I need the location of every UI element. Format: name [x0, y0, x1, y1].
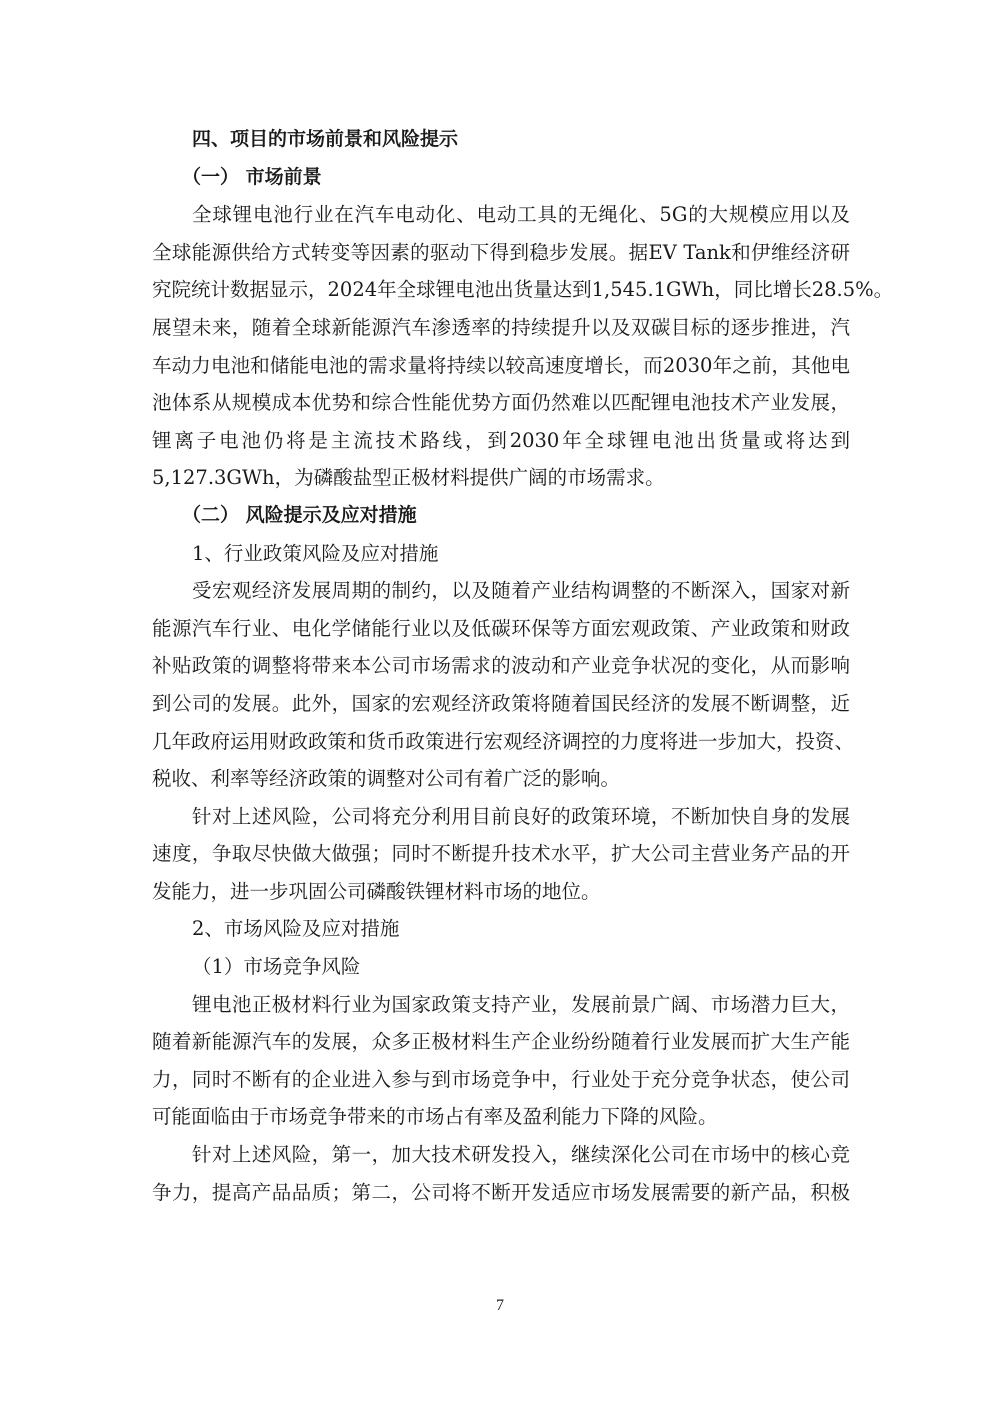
document-page: 四、项目的市场前景和风险提示 （一） 市场前景 全球锂电池行业在汽车电动化、电动… — [152, 121, 850, 1211]
text-line: 究院统计数据显示，2024年全球锂电池出货量达到1,545.1GWh，同比增长2… — [152, 271, 850, 309]
text-line: 展望未来，随着全球新能源汽车渗透率的持续提升以及双碳目标的逐步推进，汽 — [152, 309, 850, 347]
text-line: 可能面临由于市场竞争带来的市场占有率及盈利能力下降的风险。 — [152, 1098, 850, 1136]
paragraph-policy-risk: 受宏观经济发展周期的制约，以及随着产业结构调整的不断深入，国家对新 能源汽车行业… — [152, 572, 850, 798]
text-line: 能源汽车行业、电化学储能行业以及低碳环保等方面宏观政策、产业政策和财政 — [152, 610, 850, 648]
text-line: 针对上述风险，第一，加大技术研发投入，继续深化公司在市场中的核心竞 — [152, 1136, 850, 1174]
text-line: 锂电池正极材料行业为国家政策支持产业，发展前景广阔、市场潜力巨大， — [152, 986, 850, 1024]
text-line: 力，同时不断有的企业进入参与到市场竞争中，行业处于充分竞争状态，使公司 — [152, 1061, 850, 1099]
text-line: 针对上述风险，公司将充分利用目前良好的政策环境，不断加快自身的发展 — [152, 798, 850, 836]
subitem-heading-competition-risk: （1）市场竞争风险 — [152, 948, 850, 986]
text-line: 到公司的发展。此外，国家的宏观经济政策将随着国民经济的发展不断调整，近 — [152, 685, 850, 723]
text-line: 池体系从规模成本优势和综合性能优势方面仍然难以匹配锂电池技术产业发展， — [152, 384, 850, 422]
subsection-heading-market-outlook: （一） 市场前景 — [152, 159, 850, 197]
section-heading: 四、项目的市场前景和风险提示 — [152, 121, 850, 159]
text-line: 补贴政策的调整将带来本公司市场需求的波动和产业竞争状况的变化，从而影响 — [152, 647, 850, 685]
text-line: 受宏观经济发展周期的制约，以及随着产业结构调整的不断深入，国家对新 — [152, 572, 850, 610]
paragraph-competition-response: 针对上述风险，第一，加大技术研发投入，继续深化公司在市场中的核心竞 争力，提高产… — [152, 1136, 850, 1211]
text-line: 几年政府运用财政政策和货币政策进行宏观经济调控的力度将进一步加大，投资、 — [152, 723, 850, 761]
text-line: 5,127.3GWh，为磷酸盐型正极材料提供广阔的市场需求。 — [152, 459, 850, 497]
text-line: 税收、利率等经济政策的调整对公司有着广泛的影响。 — [152, 760, 850, 798]
paragraph-policy-response: 针对上述风险，公司将充分利用目前良好的政策环境，不断加快自身的发展 速度，争取尽… — [152, 798, 850, 911]
text-line: 全球锂电池行业在汽车电动化、电动工具的无绳化、5G的大规模应用以及 — [152, 196, 850, 234]
item-heading-policy-risk: 1、行业政策风险及应对措施 — [152, 535, 850, 573]
item-heading-market-risk: 2、市场风险及应对措施 — [152, 910, 850, 948]
text-line: 争力，提高产品品质；第二，公司将不断开发适应市场发展需要的新产品，积极 — [152, 1174, 850, 1212]
text-line: 全球能源供给方式转变等因素的驱动下得到稳步发展。据EV Tank和伊维经济研 — [152, 234, 850, 272]
text-line: 随着新能源汽车的发展，众多正极材料生产企业纷纷随着行业发展而扩大生产能 — [152, 1023, 850, 1061]
text-line: 速度，争取尽快做大做强；同时不断提升技术水平，扩大公司主营业务产品的开 — [152, 835, 850, 873]
text-line: 发能力，进一步巩固公司磷酸铁锂材料市场的地位。 — [152, 873, 850, 911]
page-number: 7 — [0, 1297, 1000, 1315]
paragraph-market-outlook: 全球锂电池行业在汽车电动化、电动工具的无绳化、5G的大规模应用以及 全球能源供给… — [152, 196, 850, 497]
subsection-heading-risk: （二） 风险提示及应对措施 — [152, 497, 850, 535]
text-line: 车动力电池和储能电池的需求量将持续以较高速度增长，而2030年之前，其他电 — [152, 347, 850, 385]
text-line: 锂离子电池仍将是主流技术路线，到2030年全球锂电池出货量或将达到 — [152, 422, 850, 460]
paragraph-competition-risk: 锂电池正极材料行业为国家政策支持产业，发展前景广阔、市场潜力巨大， 随着新能源汽… — [152, 986, 850, 1136]
